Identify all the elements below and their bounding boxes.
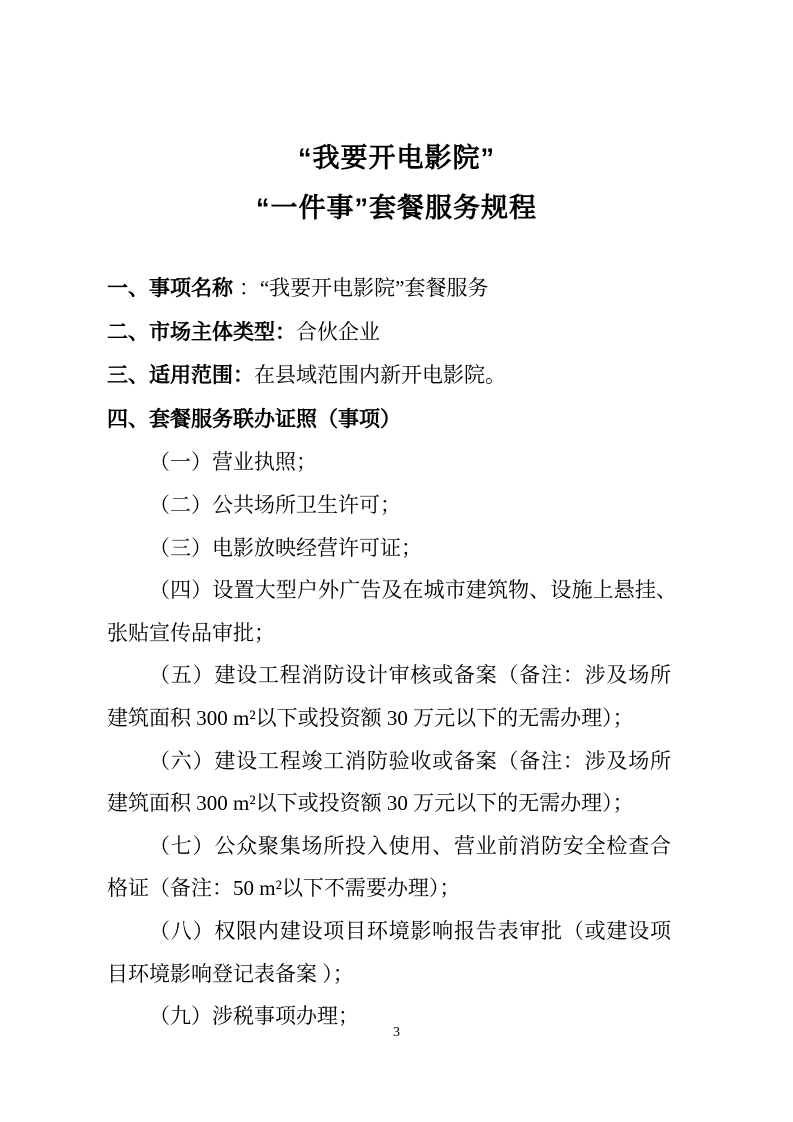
page-number: 3 <box>0 1024 793 1042</box>
list-item-1: （一）营业执照； <box>107 441 677 484</box>
title-line-2: “一件事”套餐服务规程 <box>0 183 793 233</box>
section-3-label: 三、适用范围： <box>107 364 254 387</box>
list-item-7: （七）公众聚集场所投入使用、营业前消防安全检查合格证（备注：50 m²以下不需要… <box>107 825 677 910</box>
section-1-text: ：“我要开电影院”套餐服务 <box>239 276 489 300</box>
section-heading-3: 三、适用范围：在县域范围内新开电影院。 <box>107 354 677 398</box>
section-heading-1: 一、事项名称 ：“我要开电影院”套餐服务 <box>107 267 677 311</box>
list-item-4: （四）设置大型户外广告及在城市建筑物、设施上悬挂、张贴宣传品审批； <box>107 569 677 654</box>
document-page: “我要开电影院” “一件事”套餐服务规程 一、事项名称 ：“我要开电影院”套餐服… <box>0 0 793 1122</box>
document-title: “我要开电影院” “一件事”套餐服务规程 <box>0 133 793 233</box>
list-item-8: （八）权限内建设项目环境影响报告表审批（或建设项目环境影响登记表备案 ）； <box>107 910 677 995</box>
section-1-label: 一、事项名称 <box>107 277 239 300</box>
title-line-1: “我要开电影院” <box>0 133 793 183</box>
section-heading-2: 二、市场主体类型：合伙企业 <box>107 311 677 355</box>
list-item-6: （六）建设工程竣工消防验收或备案（备注：涉及场所建筑面积 300 m²以下或投资… <box>107 740 677 825</box>
document-body: 一、事项名称 ：“我要开电影院”套餐服务 二、市场主体类型：合伙企业 三、适用范… <box>107 267 677 1038</box>
section-heading-4: 四、套餐服务联办证照（事项） <box>107 398 677 442</box>
section-2-label: 二、市场主体类型： <box>107 321 296 344</box>
section-4-label: 四、套餐服务联办证照（事项） <box>107 408 401 431</box>
section-3-text: 在县域范围内新开电影院。 <box>254 363 506 387</box>
list-item-3: （三）电影放映经营许可证； <box>107 527 677 570</box>
section-2-text: 合伙企业 <box>296 320 380 344</box>
list-item-2: （二）公共场所卫生许可； <box>107 484 677 527</box>
list-item-5: （五）建设工程消防设计审核或备案（备注：涉及场所建筑面积 300 m²以下或投资… <box>107 654 677 739</box>
